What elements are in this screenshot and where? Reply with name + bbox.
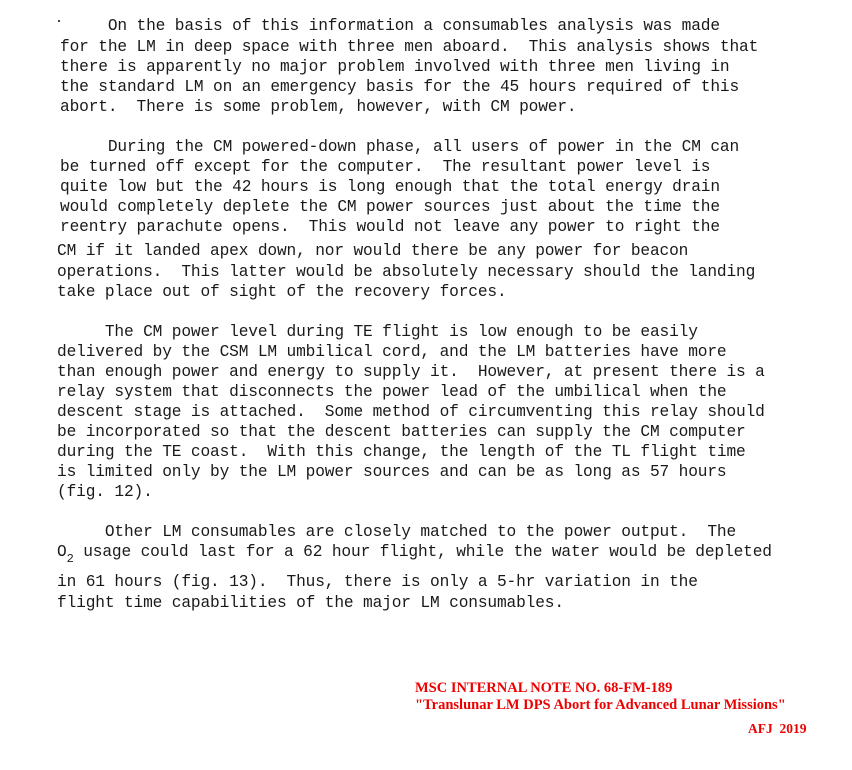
text-line: for the LM in deep space with three men … <box>60 37 758 57</box>
o2-subscript: 2 <box>67 552 74 566</box>
text-line: CM if it landed apex down, nor would the… <box>57 241 688 261</box>
text-line: flight time capabilities of the major LM… <box>57 593 564 613</box>
text-line: reentry parachute opens. This would not … <box>60 217 720 237</box>
text-line: On the basis of this information a consu… <box>60 16 720 36</box>
text-line: during the TE coast. With this change, t… <box>57 442 746 462</box>
text-line: would completely deplete the CM power so… <box>60 197 720 217</box>
document-page: On the basis of this information a consu… <box>0 0 852 770</box>
text-line: Other LM consumables are closely matched… <box>57 522 736 542</box>
text-line: relay system that disconnects the power … <box>57 382 727 402</box>
text-line: is limited only by the LM power sources … <box>57 462 727 482</box>
text-line: operations. This latter would be absolut… <box>57 262 755 282</box>
o2-symbol: O <box>57 543 67 561</box>
text-line: be incorporated so that the descent batt… <box>57 422 746 442</box>
text-line: abort. There is some problem, however, w… <box>60 97 576 117</box>
text-line: than enough power and energy to supply i… <box>57 362 765 382</box>
footer-credit: AFJ 2019 <box>748 720 807 738</box>
text-line: take place out of sight of the recovery … <box>57 282 507 302</box>
footer-note-number: MSC INTERNAL NOTE NO. 68-FM-189 <box>415 679 672 697</box>
text-line: delivered by the CSM LM umbilical cord, … <box>57 342 727 362</box>
text-line: quite low but the 42 hours is long enoug… <box>60 177 720 197</box>
text-line-o2: O2 usage could last for a 62 hour flight… <box>57 542 772 563</box>
footer-document-title: "Translunar LM DPS Abort for Advanced Lu… <box>415 696 786 714</box>
o2-line-rest: usage could last for a 62 hour flight, w… <box>74 543 772 561</box>
text-line: descent stage is attached. Some method o… <box>57 402 765 422</box>
text-line: there is apparently no major problem inv… <box>60 57 730 77</box>
text-line: in 61 hours (fig. 13). Thus, there is on… <box>57 572 698 592</box>
text-line: the standard LM on an emergency basis fo… <box>60 77 739 97</box>
text-line: be turned off except for the computer. T… <box>60 157 710 177</box>
text-line: (fig. 12). <box>57 482 153 502</box>
text-line: During the CM powered-down phase, all us… <box>60 137 739 157</box>
text-line: The CM power level during TE flight is l… <box>57 322 698 342</box>
